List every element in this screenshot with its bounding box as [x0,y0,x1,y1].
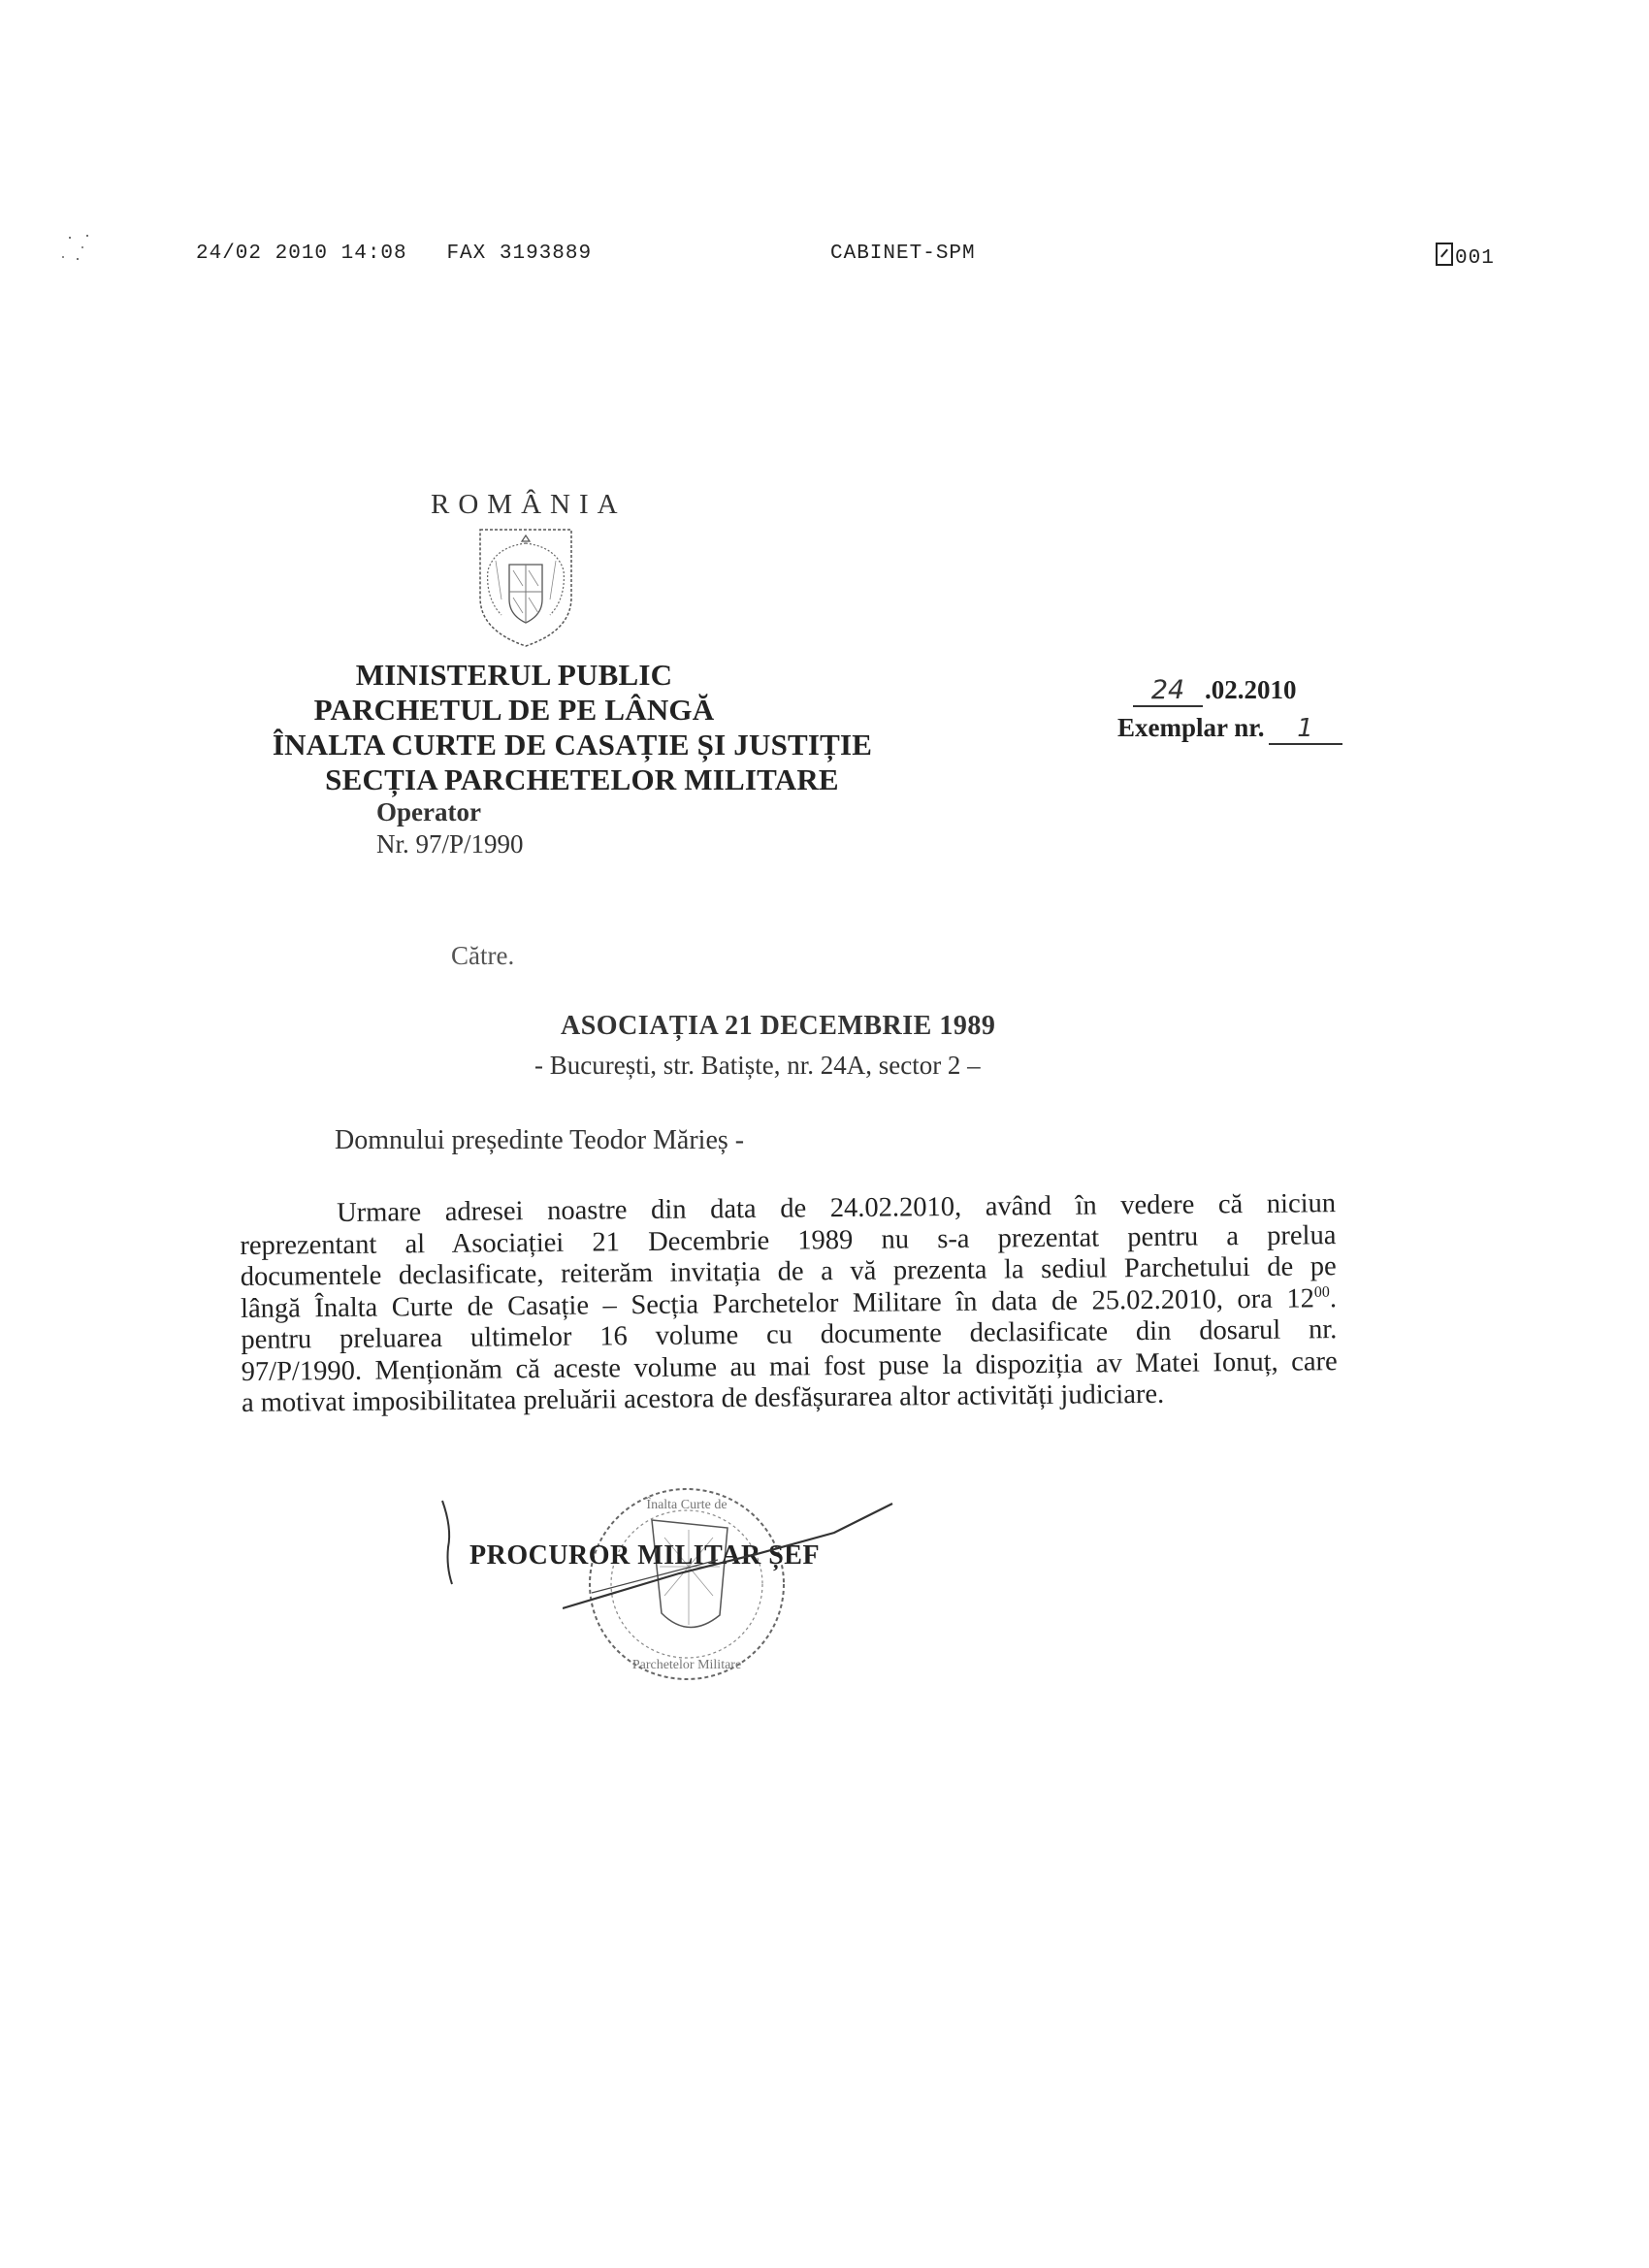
time-suffix: . [1330,1283,1337,1313]
fax-header-page: 001 [1436,243,1495,270]
svg-text:Parchetelor Militare: Parchetelor Militare [632,1658,741,1672]
romania-coat-of-arms-icon [472,522,579,650]
body-paragraph: Urmare adresei noastre din data de 24.02… [240,1188,1338,1419]
letterhead-line-military-section: SECȚIA PARCHETELOR MILITARE [291,762,873,797]
to-label: Către. [451,941,514,971]
fax-number: FAX 3193889 [446,243,592,265]
handwritten-signature-icon [563,1484,902,1620]
signature-tick-mark [438,1499,468,1586]
document-date: 24.02.2010 [1133,675,1297,707]
date-suffix: .02.2010 [1205,675,1297,704]
file-number: Nr. 97/P/1990 [376,829,524,859]
fax-header-timestamp: 24/02 2010 14:08 FAX 3193889 [196,243,592,265]
scan-noise-specks [48,209,107,267]
time-superscript: 00 [1314,1283,1330,1300]
operator-label: Operator [376,797,481,827]
letterhead-line-ministry: MINISTERUL PUBLIC [242,658,786,693]
fax-timestamp: 24/02 2010 14:08 [196,243,407,265]
recipient-address: - București, str. Batiște, nr. 24A, sect… [534,1051,981,1081]
fax-header-sender: CABINET-SPM [830,243,976,265]
exemplar-label: Exemplar nr. [1117,713,1265,742]
exemplar-handwritten: 1 [1269,714,1342,745]
exemplar-number: Exemplar nr.1 [1117,713,1342,745]
fax-page-number: 001 [1455,247,1495,270]
letterhead-line-high-court: ÎNALTA CURTE DE CASAȚIE ȘI JUSTIȚIE [262,728,883,762]
recipient-organization: ASOCIAȚIA 21 DECEMBRIE 1989 [561,1011,995,1042]
fax-page-box-icon [1436,243,1453,266]
country-name: ROMÂNIA [431,489,627,521]
date-day-handwritten: 24 [1133,675,1203,707]
salutation: Domnului președinte Teodor Mărieș - [335,1125,744,1156]
letterhead-line-prosecutor-office: PARCHETUL DE PE LÂNGĂ [204,693,824,728]
